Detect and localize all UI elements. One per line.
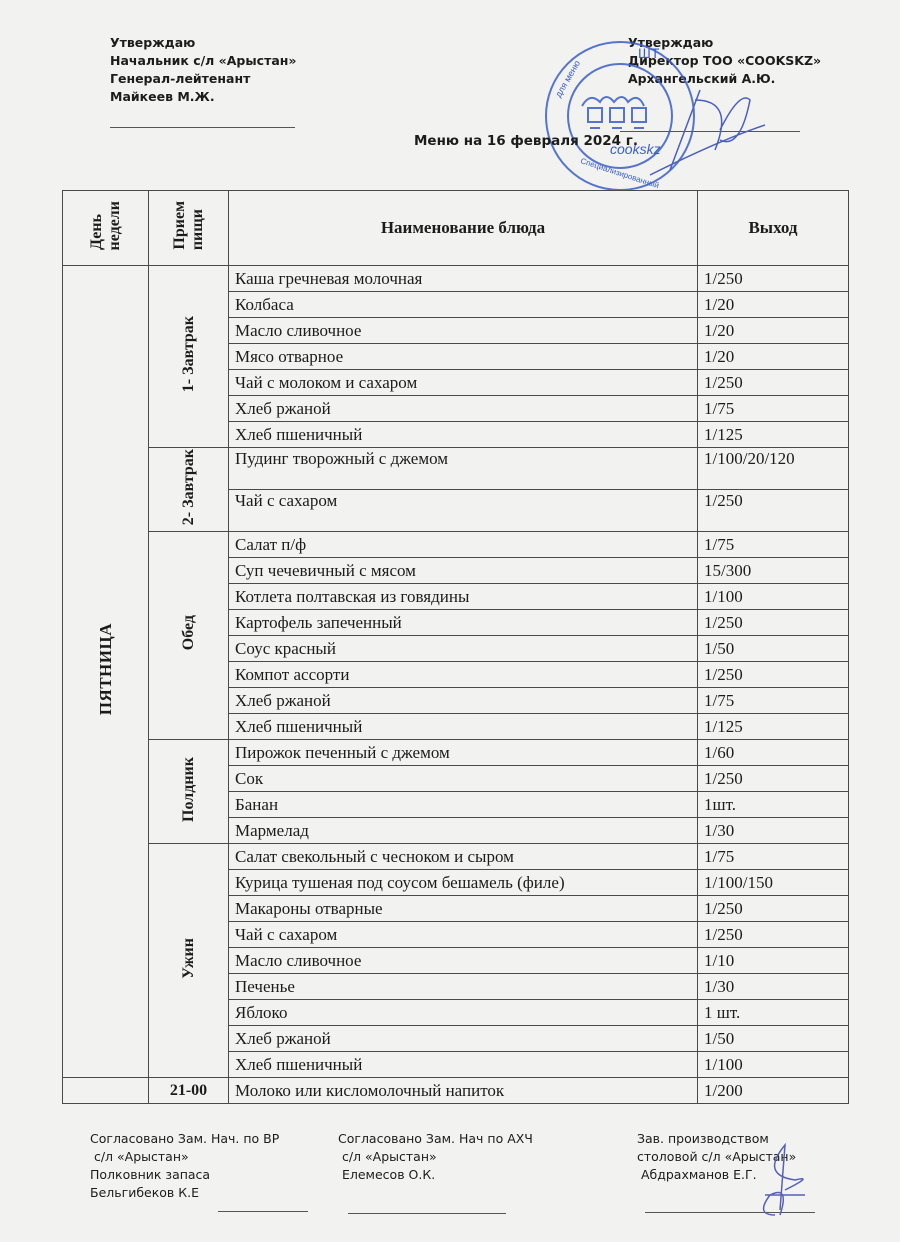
meal-cell: Обед (149, 532, 229, 740)
dish-name: Мясо отварное (229, 344, 698, 370)
dish-name: Хлеб ржаной (229, 396, 698, 422)
dish-yield: 1/75 (698, 688, 849, 714)
dish-yield: 1/75 (698, 844, 849, 870)
dish-name: Чай с молоком и сахаром (229, 370, 698, 396)
dish-yield: 1/100 (698, 584, 849, 610)
day-of-week-cell: ПЯТНИЦА (63, 266, 149, 1078)
footer-line: Согласовано Зам. Нач по АХЧ (338, 1130, 533, 1148)
empty-day-cell (63, 1078, 149, 1104)
table-row: ОбедСалат п/ф1/75 (63, 532, 849, 558)
dish-name: Яблоко (229, 1000, 698, 1026)
dish-yield: 1/125 (698, 422, 849, 448)
footer-line: Согласовано Зам. Нач. по ВР (90, 1130, 279, 1148)
dish-name: Соус красный (229, 636, 698, 662)
dish-name: Сок (229, 766, 698, 792)
dish-name: Салат свекольный с чесноком и сыром (229, 844, 698, 870)
dish-name: Компот ассорти (229, 662, 698, 688)
dish-name: Банан (229, 792, 698, 818)
dish-name: Суп чечевичный с мясом (229, 558, 698, 584)
dish-name: Хлеб пшеничный (229, 714, 698, 740)
meal-cell: Полдник (149, 740, 229, 844)
dish-name: Картофель запеченный (229, 610, 698, 636)
dish-name: Пирожок печенный с джемом (229, 740, 698, 766)
meal-cell: 1- Завтрак (149, 266, 229, 448)
footer-approval-ahch: Согласовано Зам. Нач по АХЧ с/л «Арыстан… (338, 1130, 533, 1184)
header-day-line: недели (106, 201, 124, 251)
dish-name: Салат п/ф (229, 532, 698, 558)
meal-cell: 2- Завтрак (149, 448, 229, 532)
dish-yield: 1/100/20/120 (698, 448, 849, 490)
dish-yield: 1/30 (698, 818, 849, 844)
dish-yield: 1/50 (698, 636, 849, 662)
header-day-line: День (88, 214, 106, 250)
dish-name: Пудинг творожный с джемом (229, 448, 698, 490)
stamp-bottom-text: Специализированный (579, 156, 660, 190)
dish-name: Хлеб пшеничный (229, 1052, 698, 1078)
header-meal-line: пищи (189, 209, 207, 250)
dish-yield: 1/250 (698, 896, 849, 922)
dish-name: Котлета полтавская из говядины (229, 584, 698, 610)
approval-right-line: Директор ТОО «COOKSKZ» (628, 52, 821, 70)
approval-left-line: Генерал-лейтенант (110, 70, 297, 88)
dish-yield: 1/75 (698, 396, 849, 422)
dish-yield: 1/50 (698, 1026, 849, 1052)
header-meal: Приемпищи (149, 191, 229, 266)
dish-name: Печенье (229, 974, 698, 1000)
dish-yield: 1/200 (698, 1078, 849, 1104)
table-row: УжинСалат свекольный с чесноком и сыром1… (63, 844, 849, 870)
approval-right-line: Утверждаю (628, 34, 821, 52)
approval-left-line: Утверждаю (110, 34, 297, 52)
approval-block-right: Утверждаю Директор ТОО «COOKSKZ» Арханге… (628, 34, 821, 88)
table-header-row: Деньнедели Приемпищи Наименование блюда … (63, 191, 849, 266)
table-row: 2- ЗавтракПудинг творожный с джемом1/100… (63, 448, 849, 490)
signature-line-production (645, 1212, 815, 1213)
stamp-side-text: для меню (553, 58, 582, 99)
dish-yield: 1/250 (698, 370, 849, 396)
dish-yield: 1/250 (698, 490, 849, 532)
dish-yield: 1/20 (698, 292, 849, 318)
signature-line-right (620, 131, 800, 132)
dish-yield: 1/100/150 (698, 870, 849, 896)
dish-yield: 1/250 (698, 662, 849, 688)
signature-line-vr (218, 1211, 308, 1212)
dish-name: Молоко или кисломолочный напиток (229, 1078, 698, 1104)
table-row: ПЯТНИЦА1- ЗавтракКаша гречневая молочная… (63, 266, 849, 292)
footer-line: Елемесов О.К. (338, 1166, 533, 1184)
meal-label: 1- Завтрак (180, 316, 198, 392)
header-meal-line: Прием (171, 201, 189, 250)
meal-label: 2- Завтрак (180, 449, 198, 525)
footer-line: столовой с/л «Арыстан» (637, 1148, 796, 1166)
dish-yield: 1 шт. (698, 1000, 849, 1026)
table-row: ПолдникПирожок печенный с джемом1/60 (63, 740, 849, 766)
header-day: Деньнедели (63, 191, 149, 266)
dish-name: Хлеб ржаной (229, 1026, 698, 1052)
meal-label: Ужин (180, 938, 198, 979)
footer-approval-vr: Согласовано Зам. Нач. по ВР с/л «Арыстан… (90, 1130, 279, 1202)
footer-production-head: Зав. производством столовой с/л «Арыстан… (637, 1130, 796, 1184)
late-time: 21-00 (149, 1078, 229, 1104)
dish-yield: 1/125 (698, 714, 849, 740)
dish-yield: 1/250 (698, 610, 849, 636)
meal-cell: Ужин (149, 844, 229, 1078)
footer-line: Абдрахманов Е.Г. (637, 1166, 796, 1184)
dish-name: Масло сливочное (229, 318, 698, 344)
dish-yield: 15/300 (698, 558, 849, 584)
footer-line: Бельгибеков К.Е (90, 1184, 279, 1202)
footer-line: Зав. производством (637, 1130, 796, 1148)
table-row-late: 21-00Молоко или кисломолочный напиток1/2… (63, 1078, 849, 1104)
dish-yield: 1/20 (698, 318, 849, 344)
footer-line: Полковник запаса (90, 1166, 279, 1184)
dish-name: Масло сливочное (229, 948, 698, 974)
menu-body: ПЯТНИЦА1- ЗавтракКаша гречневая молочная… (63, 266, 849, 1104)
menu-table: Деньнедели Приемпищи Наименование блюда … (62, 190, 849, 1104)
signature-line-left (110, 127, 295, 128)
dish-yield: 1/30 (698, 974, 849, 1000)
approval-block-left: Утверждаю Начальник с/л «Арыстан» Генера… (110, 34, 297, 106)
footer-line: с/л «Арыстан» (90, 1148, 279, 1166)
dish-name: Каша гречневая молочная (229, 266, 698, 292)
dish-yield: 1шт. (698, 792, 849, 818)
dish-yield: 1/75 (698, 532, 849, 558)
dish-yield: 1/250 (698, 922, 849, 948)
meal-label: Полдник (180, 757, 198, 822)
dish-name: Курица тушеная под соусом бешамель (филе… (229, 870, 698, 896)
dish-yield: 1/60 (698, 740, 849, 766)
dish-name: Хлеб пшеничный (229, 422, 698, 448)
header-yield: Выход (698, 191, 849, 266)
dish-name: Макароны отварные (229, 896, 698, 922)
dish-name: Чай с сахаром (229, 922, 698, 948)
dish-name: Мармелад (229, 818, 698, 844)
day-of-week: ПЯТНИЦА (97, 623, 115, 715)
approval-left-line: Начальник с/л «Арыстан» (110, 52, 297, 70)
approval-right-line: Архангельский А.Ю. (628, 70, 821, 88)
header-dish-name: Наименование блюда (229, 191, 698, 266)
dish-yield: 1/100 (698, 1052, 849, 1078)
dish-name: Хлеб ржаной (229, 688, 698, 714)
page-title: Меню на 16 февраля 2024 г. (414, 133, 638, 149)
dish-name: Колбаса (229, 292, 698, 318)
dish-name: Чай с сахаром (229, 490, 698, 532)
dish-yield: 1/250 (698, 766, 849, 792)
approval-left-line: Майкеев М.Ж. (110, 88, 297, 106)
signature-line-ahch (348, 1213, 506, 1214)
footer-line: с/л «Арыстан» (338, 1148, 533, 1166)
dish-yield: 1/20 (698, 344, 849, 370)
meal-label: Обед (180, 615, 198, 650)
dish-yield: 1/250 (698, 266, 849, 292)
dish-yield: 1/10 (698, 948, 849, 974)
